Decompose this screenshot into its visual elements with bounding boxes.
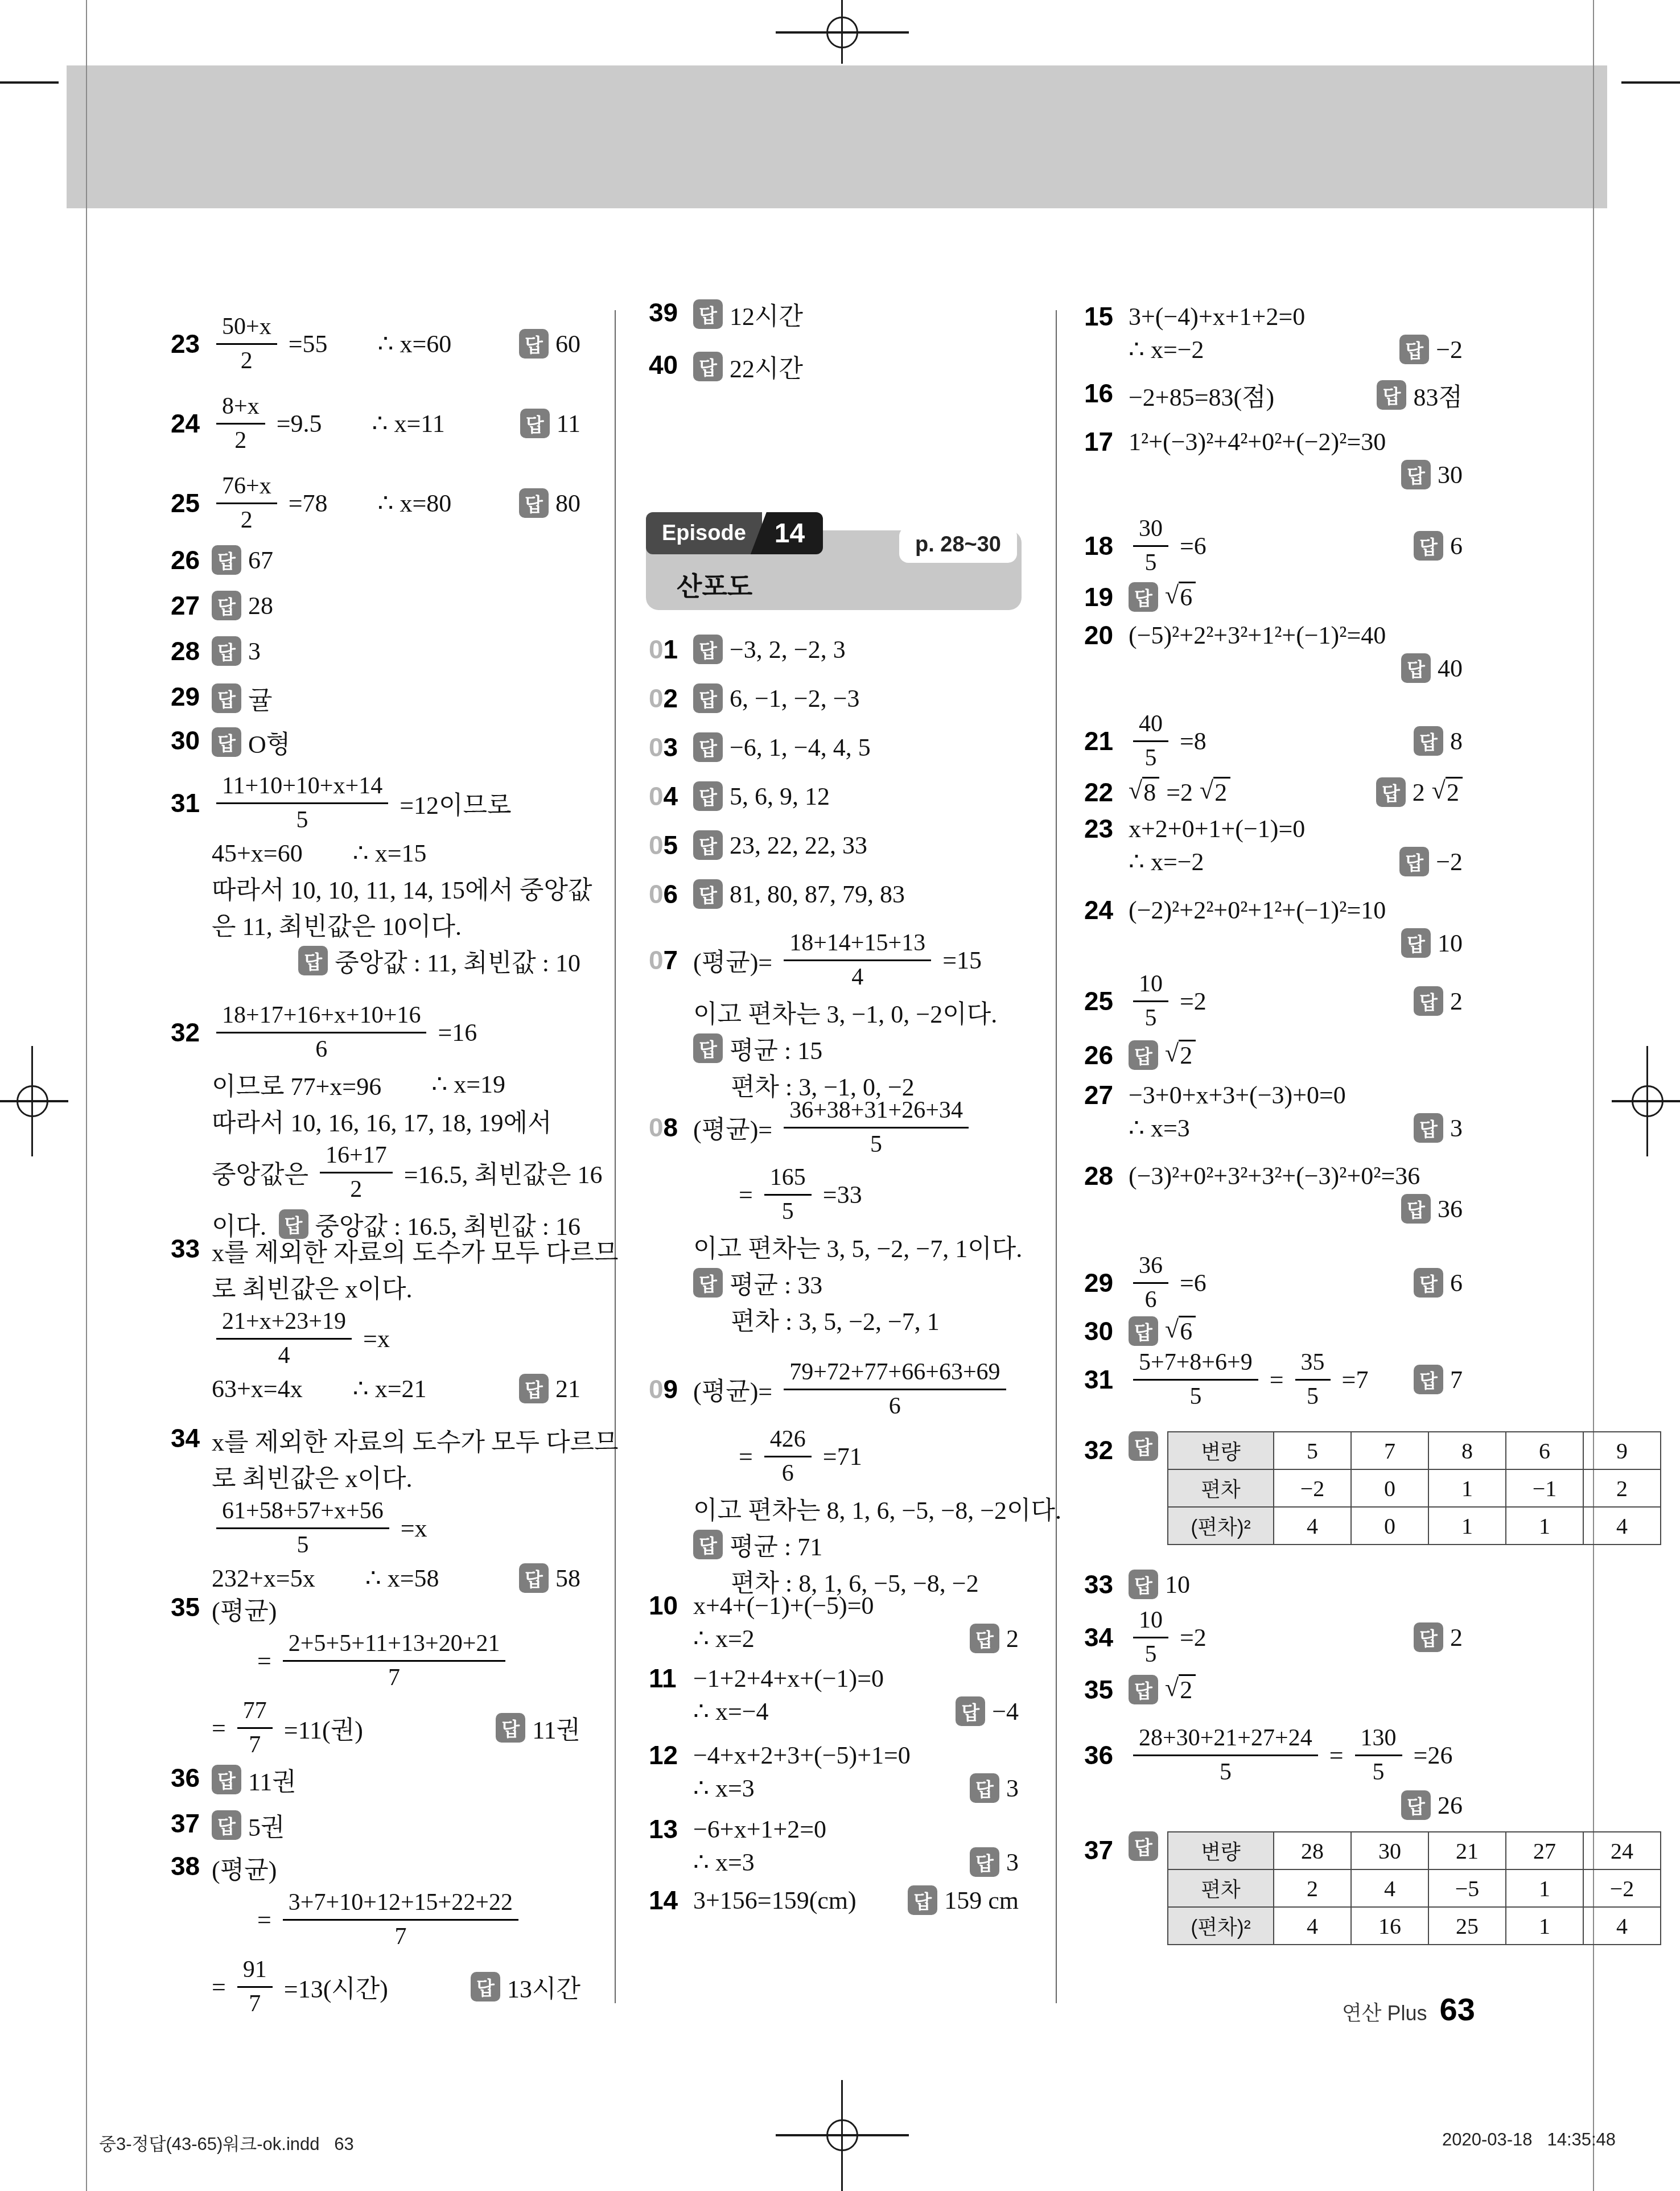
table-cell: 1 [1428, 1469, 1506, 1507]
answers-column-1: 2350+x2=55∴ x=60답60248+x2=9.5∴ x=11답1125… [171, 0, 580, 2191]
solution-line: 이고 편차는 3, 5, −2, −7, 1이다. [693, 1228, 1019, 1265]
line-answer: 답58 [519, 1563, 580, 1593]
item-col3-33: 33답10 [1084, 1568, 1463, 1601]
fraction: 8+x2 [216, 392, 265, 455]
answer-badge: 답 [693, 732, 723, 762]
table-cell: 30 [1351, 1832, 1428, 1869]
radicand: 8 [1142, 777, 1159, 808]
answer-badge: 답 [1414, 531, 1443, 561]
line-content: 편차 : 3, 5, −2, −7, 1 [731, 1301, 940, 1337]
math-text: 22시간 [730, 348, 803, 385]
math-text: ∴ x=19 [431, 1070, 505, 1099]
answer-badge: 답 [1129, 582, 1158, 612]
item-number: 01 [649, 634, 678, 665]
table-cell: 4 [1351, 1869, 1428, 1907]
line-content: 이고 편차는 3, 5, −2, −7, 1이다. [693, 1228, 1022, 1265]
math-text: 평균 : 71 [730, 1526, 822, 1563]
math-text: 232+x=5x [212, 1564, 315, 1593]
math-text: (평균)= [693, 1109, 772, 1146]
math-text: O형 [248, 724, 290, 760]
solution-line: −2+85=83(점)답83점 [1129, 377, 1463, 413]
item-number: 06 [649, 879, 678, 909]
fraction-numerator: 2+5+5+11+13+20+21 [283, 1629, 506, 1661]
math-text: 평균 : 15 [730, 1030, 822, 1066]
fraction-denominator: 6 [1145, 1284, 1157, 1314]
math-text: 11권 [532, 1710, 580, 1746]
math-text: ∴ x=2 [693, 1624, 755, 1653]
printline-filename: 중3-정답(43-65)워크-ok.indd 63 [99, 2130, 354, 2155]
math-text: 6, −1, −2, −3 [730, 684, 859, 713]
footer-book-title: 연산 Plus [1342, 1998, 1427, 2027]
item-body: 답√2 [1129, 1673, 1463, 1706]
fraction-denominator: 5 [1145, 742, 1157, 772]
item-col3-25: 25105=2답2 [1084, 967, 1463, 1035]
item-number: 14 [649, 1885, 678, 1916]
item-col3-21: 21405=8답8 [1084, 707, 1463, 775]
item-col3-15: 153+(−4)+x+1+2=0∴ x=−2답−2 [1084, 300, 1463, 366]
item-body: (−2)²+2²+0²+1²+(−1)²=10답10 [1129, 893, 1463, 959]
table-row: 변량57869 [1168, 1432, 1661, 1469]
fraction: 50+x2 [216, 312, 277, 375]
item-number: 35 [1084, 1674, 1113, 1705]
item-body: 답23, 22, 22, 33 [693, 829, 1019, 862]
item-body: 답−6, 1, −4, 4, 5 [693, 731, 1019, 764]
item-body: 답√6 [1129, 1315, 1463, 1348]
solution-line: =777=11(권)답11권 [212, 1694, 580, 1761]
answer-with-table: 답변량2830212724편차24−51−2(편차)²4162514 [1129, 1831, 1463, 1945]
fraction-denominator: 5 [297, 804, 308, 834]
item-number: 25 [171, 488, 200, 518]
math-text: 10 [1438, 929, 1463, 958]
table-cell: 2 [1583, 1469, 1661, 1507]
math-text: 11 [557, 409, 580, 438]
math-text: ∴ x=58 [365, 1564, 439, 1593]
line-content: 답40 [1401, 653, 1463, 683]
line-content: ∴ x=3 [1129, 1114, 1190, 1143]
item-number-leading-zero: 0 [649, 1374, 664, 1404]
item-body: 답√2 [1129, 1039, 1463, 1072]
item-col2-14: 143+156=159(cm)답159 cm [649, 1884, 1019, 1917]
math-text: =16 [438, 1018, 477, 1047]
table-cell: 25 [1428, 1907, 1506, 1945]
fraction: 16+172 [320, 1141, 393, 1204]
line-content: 답26 [1401, 1790, 1463, 1820]
line-answer: 답2√2 [1376, 777, 1463, 808]
table-cell: 1 [1428, 1507, 1506, 1545]
solution-line: =2+5+5+11+13+20+217 [212, 1627, 580, 1694]
solution-line: (−2)²+2²+0²+1²+(−1)²=10 [1129, 893, 1463, 926]
line-content: 답10 [1401, 928, 1463, 958]
solution-line: 답40 [1129, 652, 1463, 685]
solution-line: 답81, 80, 87, 79, 83 [693, 878, 1019, 911]
solution-line: =3+7+10+12+15+22+227 [212, 1886, 580, 1953]
item-body: 답81, 80, 87, 79, 83 [693, 878, 1019, 911]
item-body: 405=8답8 [1129, 707, 1463, 775]
line-content: 답10 [1129, 1570, 1190, 1599]
fraction-denominator: 5 [1220, 1756, 1232, 1786]
line-content: 답81, 80, 87, 79, 83 [693, 879, 905, 909]
fraction-numerator: 3+7+10+12+15+22+22 [283, 1888, 518, 1920]
math-text: −6+x+1+2=0 [693, 1815, 826, 1844]
item-body: 답√6 [1129, 580, 1463, 613]
math-text: 따라서 10, 10, 11, 14, 15에서 중앙값 [212, 870, 592, 906]
answer-badge: 답 [1129, 1831, 1158, 1861]
solution-line: 28+30+21+27+245=1305=26 [1129, 1721, 1463, 1789]
item-col2-12: 12−4+x+2+3+(−5)+1=0∴ x=3답3 [649, 1739, 1019, 1805]
item-body: 5+7+8+6+95=355=7답7 [1129, 1346, 1463, 1413]
math-text: 5권 [248, 1807, 285, 1843]
item-col3-23: 23x+2+0+1+(−1)=0∴ x=−2답−2 [1084, 812, 1463, 878]
item-col2-40: 40답22시간 [649, 348, 1019, 385]
math-text: = [257, 1646, 271, 1675]
solution-line: 답평균 : 15 [693, 1030, 1019, 1066]
item-body: 답5권 [212, 1807, 580, 1843]
line-content: x+4+(−1)+(−5)=0 [693, 1591, 874, 1620]
math-text: =26 [1414, 1741, 1453, 1770]
item-col1-28: 28답3 [171, 635, 580, 668]
line-content: 5+7+8+6+95=355=7 [1129, 1348, 1368, 1411]
item-number-leading-zero: 0 [649, 732, 664, 762]
math-text: 이고 편차는 3, 5, −2, −7, 1이다. [693, 1228, 1022, 1265]
fraction-numerator: 16+17 [320, 1141, 393, 1173]
line-content: (평균)=36+38+31+26+345 [693, 1096, 973, 1159]
math-text: =7 [1342, 1365, 1369, 1394]
item-col1-23: 2350+x2=55∴ x=60답60 [171, 310, 580, 377]
math-text: x를 제외한 자료의 도수가 모두 다르므 [212, 1232, 619, 1269]
fraction-numerator: 79+72+77+66+63+69 [784, 1358, 1006, 1390]
item-number-digit: 6 [664, 879, 678, 909]
math-text: 13시간 [507, 1968, 580, 2005]
line-content: 18+17+16+x+10+166=16 [212, 1001, 477, 1064]
solution-line: 답√6 [1129, 1315, 1463, 1348]
line-content: (−2)²+2²+0²+1²+(−1)²=10 [1129, 896, 1386, 925]
solution-line: 답5, 6, 9, 12 [693, 780, 1019, 813]
item-col1-27: 27답28 [171, 589, 580, 622]
table-row-header: 변량 [1168, 1432, 1274, 1469]
table-cell: 0 [1351, 1507, 1428, 1545]
solution-line: (평균) [212, 1591, 580, 1627]
line-answer: 답7 [1414, 1365, 1463, 1394]
line-content: (평균) [212, 1591, 277, 1627]
answer-badge: 답 [956, 1696, 985, 1726]
table-row: 편차24−51−2 [1168, 1869, 1661, 1907]
line-content: 답중앙값 : 11, 최빈값 : 10 [298, 942, 580, 979]
math-text: 45+x=60 [212, 839, 303, 868]
item-body: 50+x2=55∴ x=60답60 [212, 310, 580, 377]
solution-line: =917=13(시간)답13시간 [212, 1953, 580, 2020]
solution-line: (−5)²+2²+3²+1²+(−1)²=40 [1129, 619, 1463, 652]
item-number-digit: 9 [664, 1374, 678, 1404]
item-col3-27: 27−3+0+x+3+(−3)+0=0∴ x=3답3 [1084, 1078, 1463, 1144]
math-text: 3+156=159(cm) [693, 1886, 857, 1915]
math-text: 3+(−4)+x+1+2=0 [1129, 302, 1305, 331]
table-cell: −1 [1506, 1469, 1583, 1507]
math-text: 6 [1450, 1269, 1463, 1298]
item-body: 답변량2830212724편차24−51−2(편차)²4162514 [1129, 1831, 1463, 1945]
line-content: =917=13(시간) [212, 1955, 388, 2018]
line-content: 답5권 [212, 1807, 285, 1843]
math-text: 이고 편차는 3, −1, 0, −2이다. [693, 994, 997, 1030]
math-text: x+4+(−1)+(−5)=0 [693, 1591, 874, 1620]
item-col3-32: 32답변량57869편차−201−12(편차)²40114 [1084, 1431, 1463, 1545]
radicand: 2 [1179, 1040, 1196, 1070]
fraction-numerator: 40 [1133, 710, 1168, 742]
answer-badge: 답 [298, 946, 328, 975]
solution-line: (−3)²+0²+3²+3²+(−3)²+0²=36 [1129, 1159, 1463, 1192]
fraction-denominator: 2 [234, 425, 246, 455]
math-text: 11권 [248, 1761, 297, 1798]
fraction: 21+x+23+194 [216, 1307, 352, 1370]
fraction-numerator: 5+7+8+6+9 [1133, 1348, 1258, 1380]
item-number: 36 [171, 1762, 200, 1793]
item-body: 305=6답6 [1129, 512, 1463, 579]
item-body: 답12시간 [693, 296, 1019, 332]
math-text: 2 [1006, 1624, 1019, 1653]
solution-line: −3+0+x+3+(−3)+0=0 [1129, 1078, 1463, 1111]
solution-line: 21+x+23+194=x [212, 1305, 580, 1372]
item-number-digit: 4 [664, 781, 678, 811]
answer-badge: 답 [1399, 335, 1429, 364]
fraction: 355 [1295, 1348, 1331, 1411]
item-col3-35: 35답√2 [1084, 1673, 1463, 1706]
solution-line: −4+x+2+3+(−5)+1=0 [693, 1739, 1019, 1772]
fraction-denominator: 2 [241, 504, 253, 534]
item-number: 03 [649, 732, 678, 763]
answer-badge: 답 [471, 1972, 500, 2001]
item-number-digit: 8 [664, 1113, 678, 1142]
line-content: ∴ x=−2 [1129, 847, 1204, 876]
solution-line: 답−6, 1, −4, 4, 5 [693, 731, 1019, 764]
answer-badge: 답 [693, 1530, 723, 1559]
fraction: 366 [1133, 1251, 1168, 1314]
line-content: =4266=71 [739, 1425, 862, 1488]
item-number: 15 [1084, 301, 1113, 332]
table-row-header: 변량 [1168, 1832, 1274, 1869]
item-col2-39: 39답12시간 [649, 296, 1019, 332]
fraction-numerator: 36 [1133, 1251, 1168, 1283]
item-number: 13 [649, 1814, 678, 1844]
item-number: 38 [171, 1851, 200, 1881]
item-col3-31: 315+7+8+6+95=355=7답7 [1084, 1346, 1463, 1413]
solution-line: 따라서 10, 16, 16, 17, 18, 19에서 [212, 1102, 580, 1139]
trim-line-left [86, 0, 87, 2191]
item-col1-34: 34x를 제외한 자료의 도수가 모두 다르므로 최빈값은 x이다.61+58+… [171, 1422, 580, 1595]
fraction-numerator: 18+17+16+x+10+16 [216, 1001, 426, 1033]
solution-line: −1+2+4+x+(−1)=0 [693, 1662, 1019, 1695]
fraction-numerator: 61+58+57+x+56 [216, 1497, 389, 1529]
item-number-leading-zero: 0 [649, 1113, 664, 1142]
math-text: x를 제외한 자료의 도수가 모두 다르므 [212, 1422, 619, 1458]
line-content: =3+7+10+12+15+22+227 [257, 1888, 523, 1951]
math-text: 1²+(−3)²+4²+0²+(−2)²=30 [1129, 427, 1386, 456]
math-text: (평균)= [693, 942, 772, 978]
item-number: 23 [1084, 813, 1113, 844]
math-text: 중앙값은 [212, 1154, 308, 1191]
math-text: 은 11, 최빈값은 10이다. [212, 906, 462, 942]
math-text: 58 [555, 1564, 580, 1593]
answer-badge: 답 [212, 591, 241, 620]
solution-line: 232+x=5x∴ x=58답58 [212, 1562, 580, 1595]
answer-badge: 답 [693, 1268, 723, 1298]
fraction-numerator: 76+x [216, 472, 277, 504]
radicand: 2 [1446, 777, 1463, 808]
answer-badge: 답 [212, 727, 241, 757]
item-number: 33 [1084, 1569, 1113, 1600]
answer-badge: 답 [1401, 1194, 1431, 1224]
line-answer: 답−2 [1399, 335, 1463, 364]
solution-line: 답평균 : 33 [693, 1265, 1019, 1301]
table-cell: −2 [1274, 1469, 1351, 1507]
line-content: 로 최빈값은 x이다. [212, 1458, 413, 1494]
item-body: 11+10+10+x+145=12이므로45+x=60∴ x=15따라서 10,… [212, 769, 580, 979]
solution-line: 답28 [212, 589, 580, 622]
answer-badge: 답 [519, 329, 549, 359]
item-body: 답5, 6, 9, 12 [693, 780, 1019, 813]
table-cell: 28 [1274, 1832, 1351, 1869]
table-cell: 0 [1351, 1469, 1428, 1507]
item-number: 08 [649, 1112, 678, 1143]
footer-page-number: 63 [1440, 1991, 1475, 2028]
item-col2-06: 06답81, 80, 87, 79, 83 [649, 878, 1019, 911]
line-content: 답−3, 2, −2, 3 [693, 635, 846, 664]
line-content: 답23, 22, 22, 33 [693, 830, 867, 860]
solution-line: 중앙값은16+172=16.5, 최빈값은 16 [212, 1139, 580, 1206]
answer-badge: 답 [212, 1810, 241, 1840]
line-content: x를 제외한 자료의 도수가 모두 다르므 [212, 1232, 619, 1269]
solution-line: ∴ x=3답3 [693, 1846, 1019, 1879]
fraction-numerator: 130 [1355, 1724, 1402, 1756]
item-body: 105=2답2 [1129, 1604, 1463, 1671]
line-content: 28+30+21+27+245=1305=26 [1129, 1724, 1452, 1786]
radical: √6 [1165, 1316, 1196, 1346]
solution-line: 답√2 [1129, 1673, 1463, 1706]
math-text: (평균)= [693, 1371, 772, 1407]
solution-line: (평균)=36+38+31+26+345 [693, 1094, 1019, 1161]
solution-line: 3+(−4)+x+1+2=0 [1129, 300, 1463, 333]
solution-line: 답10 [1129, 1568, 1463, 1601]
line-content: x를 제외한 자료의 도수가 모두 다르므 [212, 1422, 619, 1458]
item-number: 36 [1084, 1740, 1113, 1770]
solution-line: 답√2 [1129, 1039, 1463, 1072]
line-answer: 답2 [970, 1624, 1019, 1653]
table-row: 편차−201−12 [1168, 1469, 1661, 1507]
fraction-denominator: 6 [782, 1457, 794, 1488]
item-col3-26: 26답√2 [1084, 1039, 1463, 1072]
column-divider-1 [615, 310, 616, 2003]
solution-line: 61+58+57+x+565=x [212, 1494, 580, 1562]
table-row: (편차)²40114 [1168, 1507, 1661, 1545]
math-text: =71 [823, 1442, 862, 1471]
math-text: =12이므로 [400, 785, 511, 821]
line-content: −4+x+2+3+(−5)+1=0 [693, 1741, 911, 1770]
item-body: (평균)=2+5+5+11+13+20+217=777=11(권)답11권 [212, 1591, 580, 1761]
answer-key-page: 산포도 p. 28~30 Episode 14 2350+x2=55∴ x=60… [0, 0, 1680, 2191]
line-content: 3+156=159(cm) [693, 1886, 857, 1915]
math-text: =2 [1180, 1623, 1207, 1652]
table-cell: 5 [1274, 1432, 1351, 1469]
line-content: (평균)=79+72+77+66+63+696 [693, 1358, 1011, 1420]
item-col3-30: 30답√6 [1084, 1315, 1463, 1348]
math-text: 중앙값 : 11, 최빈값 : 10 [335, 942, 580, 979]
math-text: =16.5, 최빈값은 16 [404, 1154, 603, 1191]
table-cell: 2 [1274, 1869, 1351, 1907]
math-text: 2 [1450, 1623, 1463, 1652]
radical: √2 [1200, 777, 1230, 808]
solution-line: 이므로 77+x=96∴ x=19 [212, 1066, 580, 1102]
math-text: =2 [1180, 987, 1207, 1016]
item-col1-26: 26답67 [171, 543, 580, 576]
line-content: 답5, 6, 9, 12 [693, 781, 830, 811]
item-col1-24: 248+x2=9.5∴ x=11답11 [171, 390, 580, 457]
item-number: 27 [1084, 1080, 1113, 1110]
item-number: 30 [171, 725, 200, 756]
line-content: 답√2 [1129, 1040, 1196, 1070]
item-number: 04 [649, 781, 678, 812]
math-text: 3 [248, 637, 261, 666]
item-col3-36: 3628+30+21+27+245=1305=26답26 [1084, 1721, 1463, 1822]
item-number: 05 [649, 830, 678, 860]
fraction: 4266 [764, 1425, 812, 1488]
fraction: 105 [1133, 970, 1168, 1032]
answer-badge: 답 [1401, 460, 1431, 489]
math-text: =11(권) [284, 1710, 363, 1746]
line-answer: 답6 [1414, 1268, 1463, 1298]
table-cell: 1 [1506, 1869, 1583, 1907]
item-number: 17 [1084, 426, 1113, 457]
item-col3-24: 24(−2)²+2²+0²+1²+(−1)²=10답10 [1084, 893, 1463, 959]
math-text: (−2)²+2²+0²+1²+(−1)²=10 [1129, 896, 1386, 925]
line-content: =1655=33 [739, 1163, 862, 1226]
math-text: = [739, 1180, 753, 1209]
fraction-denominator: 5 [297, 1529, 308, 1559]
answer-badge: 답 [1414, 1622, 1443, 1652]
item-number: 30 [1084, 1316, 1113, 1346]
math-text: 60 [555, 330, 580, 359]
solution-line: =1655=33 [693, 1161, 1019, 1228]
line-answer: 답80 [519, 488, 580, 518]
line-content: 8+x2=9.5∴ x=11 [212, 392, 445, 455]
answer-badge: 답 [693, 352, 723, 381]
line-content: x+2+0+1+(−1)=0 [1129, 814, 1305, 843]
line-content: 이고 편차는 8, 1, 6, −5, −8, −2이다. [693, 1490, 1061, 1526]
solution-line: 105=2답2 [1129, 1604, 1463, 1671]
answer-badge: 답 [908, 1885, 937, 1915]
solution-line: 5+7+8+6+95=355=7답7 [1129, 1346, 1463, 1413]
answer-badge: 답 [1414, 986, 1443, 1016]
item-number: 31 [171, 788, 200, 818]
table-row: (편차)²4162514 [1168, 1907, 1661, 1945]
math-text: 2 [1413, 778, 1425, 807]
line-content: 답6, −1, −2, −3 [693, 683, 859, 713]
item-number-digit: 2 [664, 683, 678, 713]
item-col1-30: 30답O형 [171, 724, 580, 760]
fraction-numerator: 36+38+31+26+34 [784, 1096, 969, 1128]
item-body: 답−3, 2, −2, 3 [693, 633, 1019, 666]
item-body: −1+2+4+x+(−1)=0∴ x=−4답−4 [693, 1662, 1019, 1728]
line-content: 105=2 [1129, 1606, 1207, 1669]
fraction-denominator: 5 [1145, 547, 1157, 577]
item-number-leading-zero: 0 [649, 635, 664, 664]
answer-badge: 답 [212, 545, 241, 575]
answer-badge: 답 [496, 1713, 525, 1743]
math-text: 21 [555, 1374, 580, 1403]
solution-line: 로 최빈값은 x이다. [212, 1458, 580, 1494]
printline-timestamp: 2020-03-18 14:35:48 [1442, 2130, 1616, 2150]
answer-badge: 답 [212, 1765, 241, 1794]
fraction: 18+17+16+x+10+166 [216, 1001, 426, 1064]
line-content: 366=6 [1129, 1251, 1207, 1314]
answer-badge: 답 [1129, 1431, 1158, 1461]
